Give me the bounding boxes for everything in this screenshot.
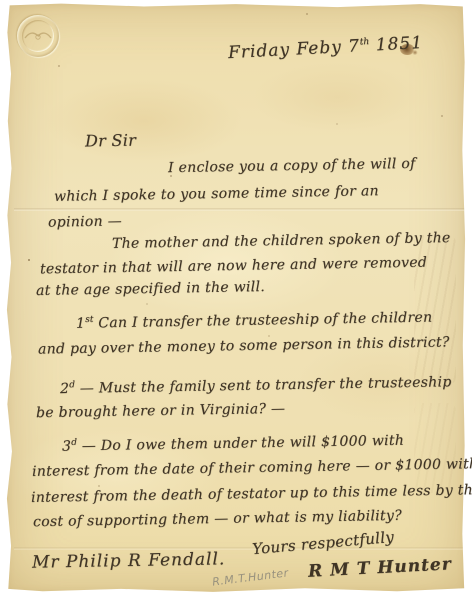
ink-bleed-through [414, 403, 456, 493]
question-3-ordinal: d [71, 438, 77, 448]
body-line: opinion — [48, 213, 122, 230]
fold-crease [14, 547, 470, 550]
scanned-letter-page: Friday Feby 7th 1851 Dr Sir I enclose yo… [0, 0, 472, 600]
addressee-line: Mr Philip R Fendall. [32, 549, 226, 572]
fold-crease [14, 208, 470, 211]
foxing-specks [6, 3, 8, 5]
date-year: 1851 [375, 33, 423, 55]
question-2-ordinal: d [69, 380, 75, 390]
salutation: Dr Sir [85, 131, 136, 151]
question-1-ordinal: st [85, 315, 93, 325]
embossed-seal-icon [17, 15, 59, 57]
date-ordinal: th [360, 37, 370, 47]
